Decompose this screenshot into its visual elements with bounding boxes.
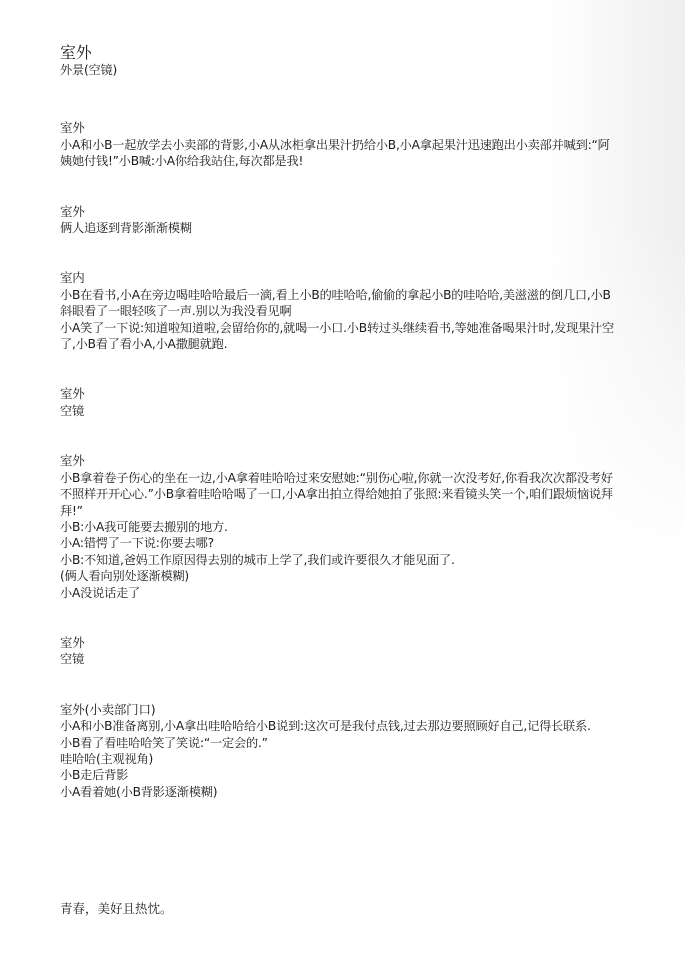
scene-line: 小B走后背影	[60, 767, 620, 783]
closing-line: 青春，美好且热忱。	[60, 901, 173, 917]
scene-line: 俩人追逐到背影渐渐模糊	[60, 220, 620, 236]
scene-line: 小A没说话走了	[60, 585, 620, 601]
scene-line: 小A看着她(小B背影逐渐模糊)	[60, 784, 620, 800]
script-document: 室外 外景(空镜) 室外 小A和小B一起放学去小卖部的背影,小A从冰柜拿出果汁扔…	[60, 43, 620, 834]
scene-heading: 室外(小卖部门口)	[60, 702, 620, 718]
scene-line: 小A:错愕了一下说:你要去哪?	[60, 535, 620, 551]
scene-line: 小B拿着卷子伤心的坐在一边,小A拿着哇哈哈过来安慰她:“别伤心啦,你就一次没考好…	[60, 470, 620, 519]
scene-line: 小B在看书,小A在旁边喝哇哈哈最后一滴,看上小B的哇哈哈,偷偷的拿起小B的哇哈哈…	[60, 287, 620, 320]
scene-heading: 室外	[60, 120, 620, 136]
scene-line: (俩人看向别处逐渐模糊)	[60, 568, 620, 584]
scene-heading: 室外	[60, 386, 620, 402]
scene-line: 小A和小B准备离别,小A拿出哇哈哈给小B说到:这次可是我付点钱,过去那边要照顾好…	[60, 718, 620, 734]
scene-line: 小B看了看哇哈哈笑了笑说:“一定会的.”	[60, 735, 620, 751]
scene-line: 哇哈哈(主观视角)	[60, 751, 620, 767]
scene-heading: 室外	[60, 453, 620, 469]
scene-heading: 室内	[60, 270, 620, 286]
scene-line: 小A和小B一起放学去小卖部的背影,小A从冰柜拿出果汁扔给小B,小A拿起果汁迅速跑…	[60, 137, 620, 170]
scene-4: 室内 小B在看书,小A在旁边喝哇哈哈最后一滴,看上小B的哇哈哈,偷偷的拿起小B的…	[60, 270, 620, 352]
scene-heading: 室外	[60, 204, 620, 220]
scene-line: 小B:小A我可能要去搬别的地方.	[60, 519, 620, 535]
scene-line: 小A笑了一下说:知道啦知道啦,会留给你的,就喝一小口.小B转过头继续看书,等她准…	[60, 320, 620, 353]
scene-1: 室外 外景(空镜)	[60, 43, 620, 78]
scene-5: 室外 空镜	[60, 386, 620, 419]
scene-2: 室外 小A和小B一起放学去小卖部的背影,小A从冰柜拿出果汁扔给小B,小A拿起果汁…	[60, 120, 620, 169]
scene-6: 室外 小B拿着卷子伤心的坐在一边,小A拿着哇哈哈过来安慰她:“别伤心啦,你就一次…	[60, 453, 620, 601]
scene-line: 小B:不知道,爸妈工作原因得去别的城市上学了,我们或许要很久才能见面了.	[60, 552, 620, 568]
scene-8: 室外(小卖部门口) 小A和小B准备离别,小A拿出哇哈哈给小B说到:这次可是我付点…	[60, 702, 620, 800]
scene-line: 空镜	[60, 403, 620, 419]
scene-line: 外景(空镜)	[60, 62, 620, 78]
scene-line: 空镜	[60, 651, 620, 667]
scene-heading: 室外	[60, 43, 620, 62]
scene-7: 室外 空镜	[60, 635, 620, 668]
scene-3: 室外 俩人追逐到背影渐渐模糊	[60, 204, 620, 237]
scene-heading: 室外	[60, 635, 620, 651]
